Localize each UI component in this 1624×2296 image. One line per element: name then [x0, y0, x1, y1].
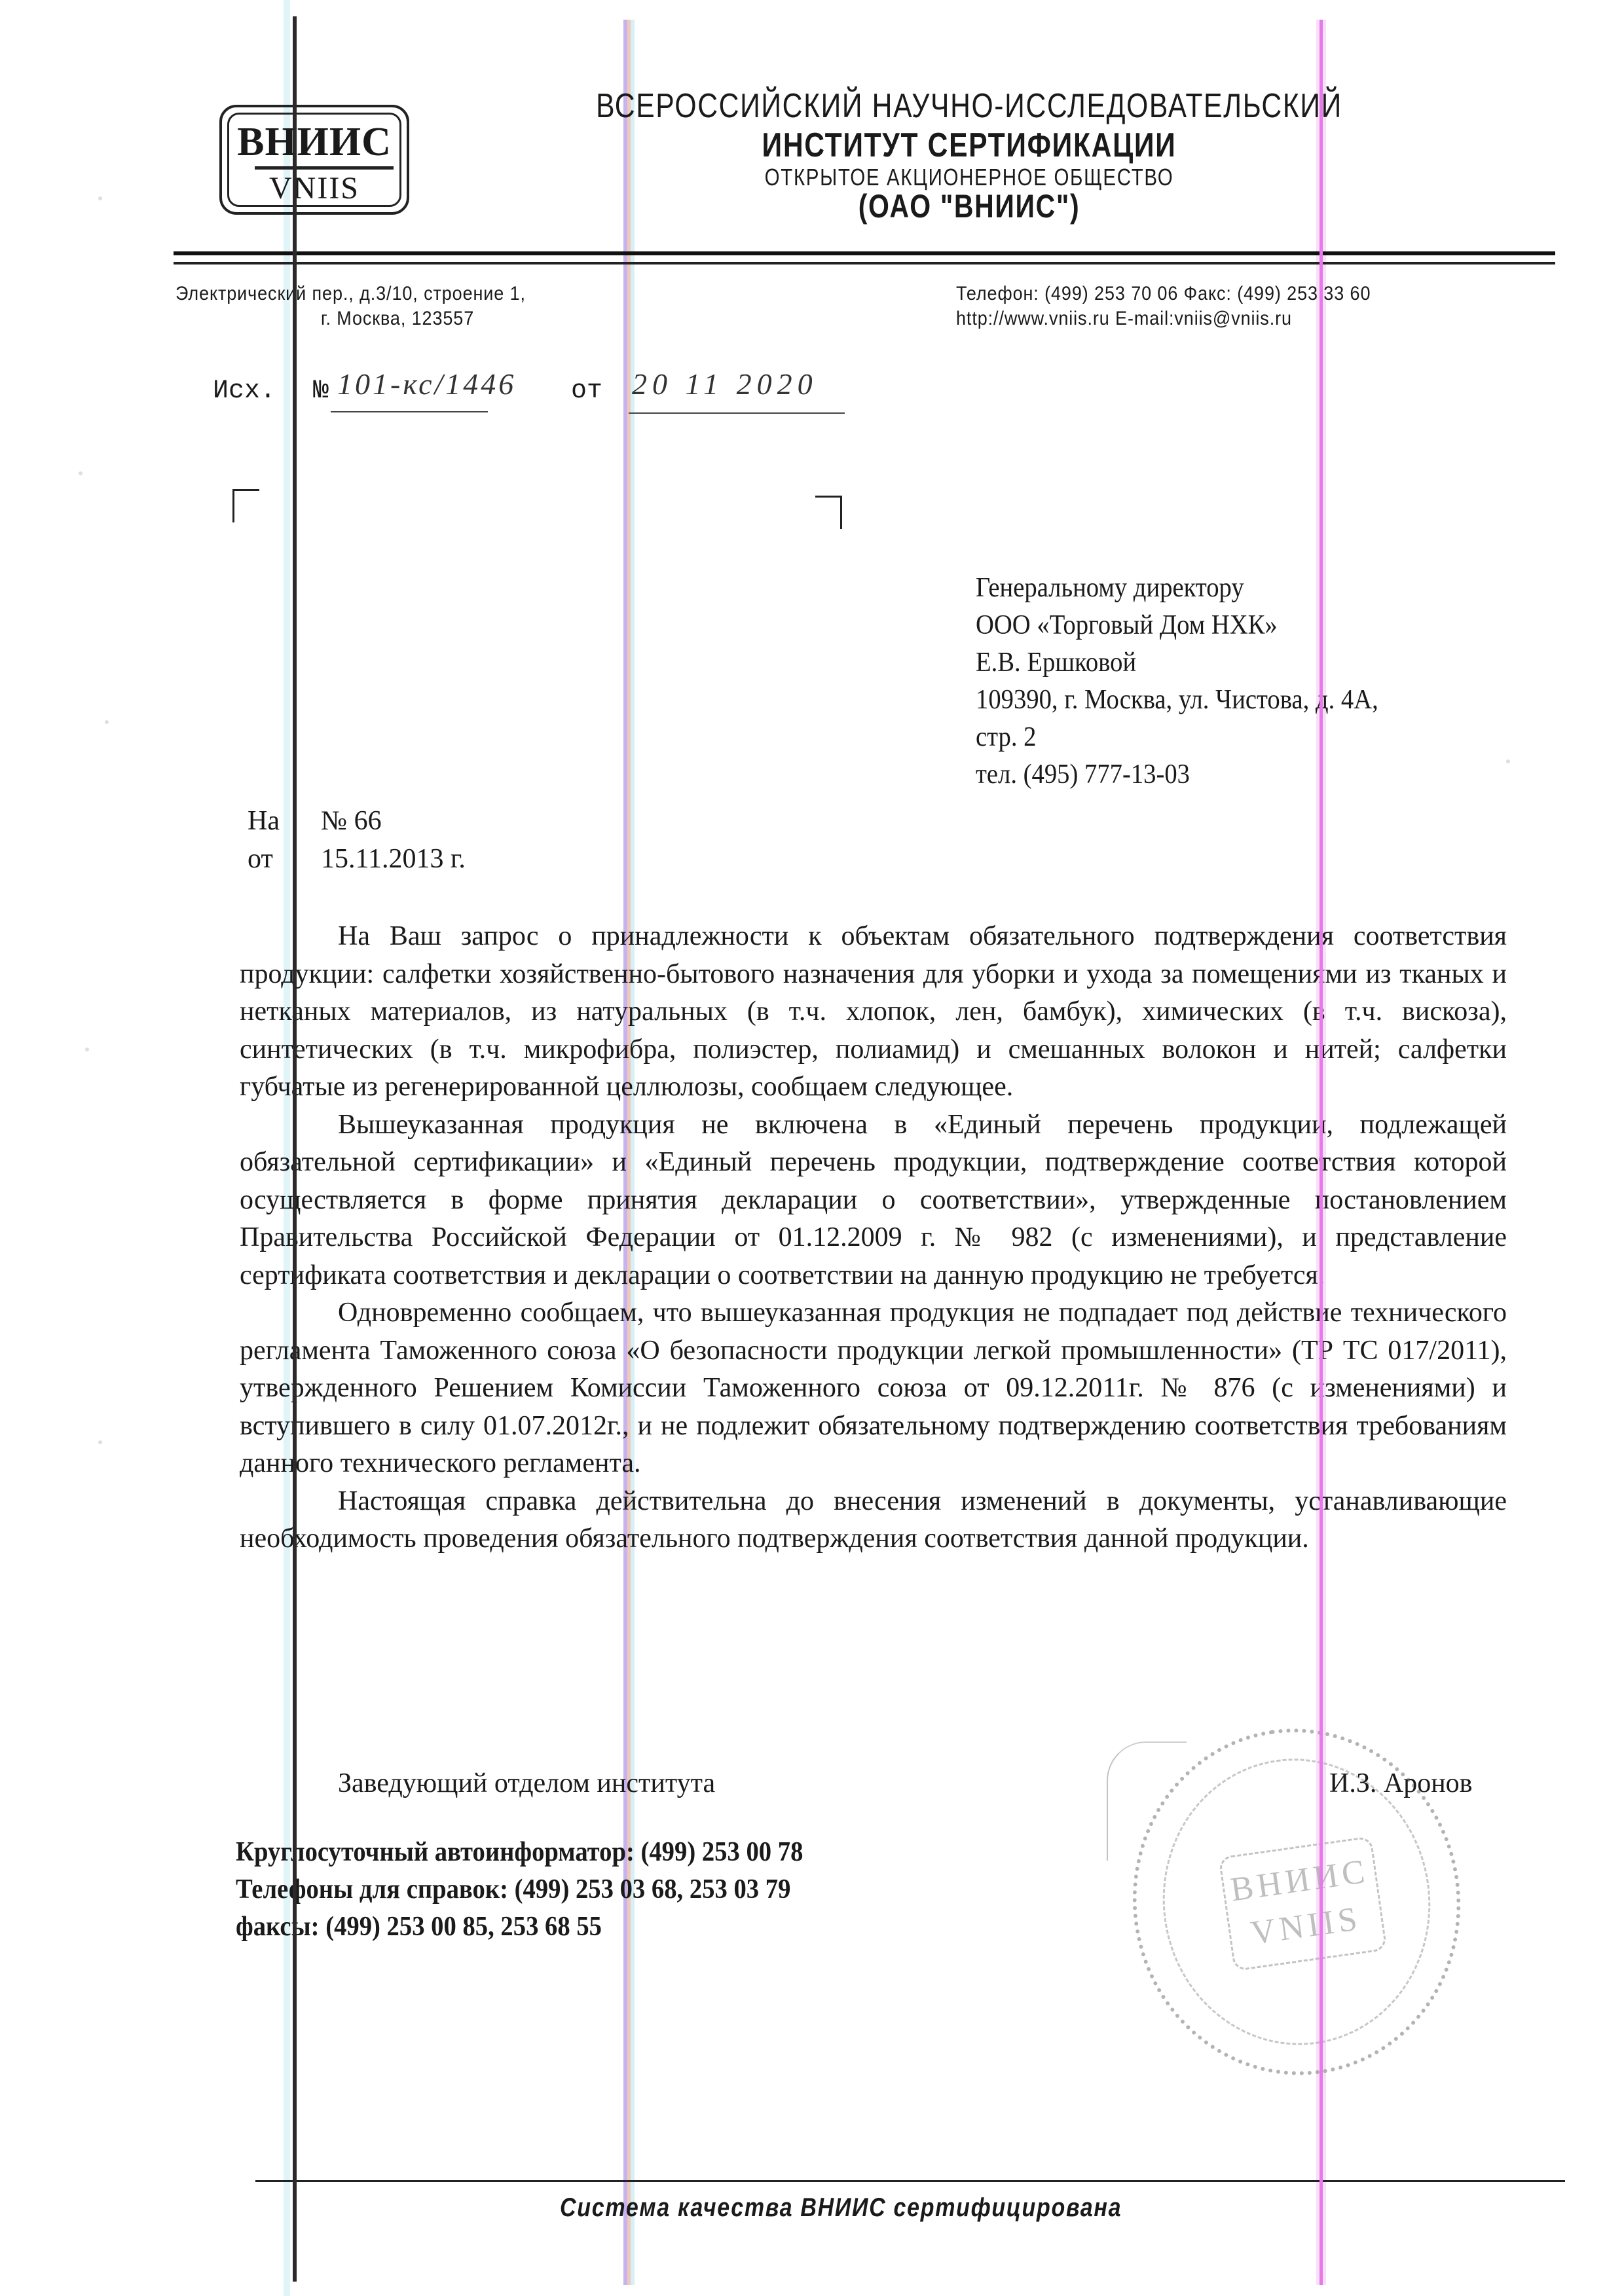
- signatory-name: И.З. Аронов: [1329, 1768, 1473, 1799]
- recipient-name: Е.В. Ершковой: [976, 644, 1378, 682]
- address-corner-mark-right: [815, 496, 842, 529]
- recipient-phone: тел. (495) 777-13-03: [976, 756, 1378, 793]
- scan-speckle: [85, 1048, 89, 1051]
- outgoing-number-handwritten: 101-кс/1446: [337, 367, 516, 401]
- reply-date-value: 15.11.2013 г.: [321, 843, 466, 875]
- reference-phones: Телефоны для справок: (499) 253 03 68, 2…: [236, 1874, 790, 1905]
- institute-web-email: http://www.vniis.ru E-mail:vniis@vniis.r…: [956, 308, 1292, 330]
- institute-address-city: г. Москва, 123557: [321, 308, 474, 330]
- reply-date-label: от: [248, 844, 273, 874]
- reply-number-value: № 66: [321, 805, 382, 837]
- outgoing-date-underline: [629, 412, 845, 414]
- recipient-company: ООО «Торговый Дом НХК»: [976, 607, 1378, 644]
- footer-rule: [255, 2180, 1565, 2182]
- outgoing-date-label: от: [571, 376, 602, 406]
- logo-text-en: VNIIS: [222, 173, 407, 204]
- institute-abbreviation: (ОАО "ВНИИС"): [583, 187, 1356, 225]
- recipient-building: стр. 2: [976, 719, 1378, 756]
- outgoing-number-underline: [331, 411, 488, 412]
- body-paragraph: Одновременно сообщаем, что вышеуказанная…: [240, 1294, 1507, 1483]
- header-rule-thick: [174, 251, 1555, 255]
- logo-divider: [255, 166, 394, 170]
- scan-speckle: [98, 1440, 102, 1444]
- reply-to-number: На № 66: [248, 805, 280, 837]
- scan-speckle: [98, 196, 102, 200]
- institute-address-street: Электрический пер., д.3/10, строение 1,: [175, 283, 526, 305]
- fax-numbers: факсы: (499) 253 00 85, 253 68 55: [236, 1911, 602, 1942]
- scan-artifact-line: [1319, 20, 1323, 2285]
- address-corner-mark-left: [232, 489, 259, 522]
- institute-title-line2: ИНСТИТУТ СЕРТИФИКАЦИИ: [583, 126, 1356, 165]
- hotline-autoinformer: Круглосуточный автоинформатор: (499) 253…: [236, 1836, 803, 1868]
- recipient-block: Генеральному директору ООО «Торговый Дом…: [976, 570, 1413, 793]
- body-paragraph: Вышеуказанная продукция не включена в «Е…: [240, 1106, 1507, 1295]
- outgoing-date-handwritten: 20 11 2020: [632, 367, 818, 401]
- recipient-address: 109390, г. Москва, ул. Чистова, д. 4А,: [976, 682, 1378, 719]
- vniis-logo: ВНИИС VNIIS: [219, 105, 409, 215]
- institute-title-line1: ВСЕРОССИЙСКИЙ НАУЧНО-ИССЛЕДОВАТЕЛЬСКИЙ: [583, 86, 1356, 126]
- scan-speckle: [79, 471, 83, 475]
- letter-body: На Ваш запрос о принадлежности к объекта…: [240, 918, 1507, 1558]
- logo-text-ru: ВНИИС: [222, 122, 407, 162]
- header-rule-thin: [174, 262, 1555, 264]
- outgoing-number-sign: №: [313, 376, 329, 406]
- body-paragraph: Настоящая справка действительна до внесе…: [240, 1483, 1507, 1558]
- reply-to-date: от 15.11.2013 г.: [248, 843, 273, 875]
- body-paragraph: На Ваш запрос о принадлежности к объекта…: [240, 918, 1507, 1106]
- scan-artifact-line: [293, 16, 297, 2282]
- signatory-role: Заведующий отделом института: [338, 1768, 715, 1799]
- scan-speckle: [1506, 759, 1510, 763]
- scan-speckle: [105, 720, 109, 724]
- stamp-logo-box: ВНИИС VNIIS: [1218, 1836, 1387, 1971]
- recipient-position: Генеральному директору: [976, 570, 1378, 607]
- institute-phone-fax: Телефон: (499) 253 70 06 Факс: (499) 253…: [956, 283, 1371, 305]
- quality-system-footer: Система качества ВНИИС сертифицирована: [560, 2193, 1116, 2223]
- reply-number-label: На: [248, 806, 280, 836]
- outgoing-label: Исх.: [213, 376, 276, 406]
